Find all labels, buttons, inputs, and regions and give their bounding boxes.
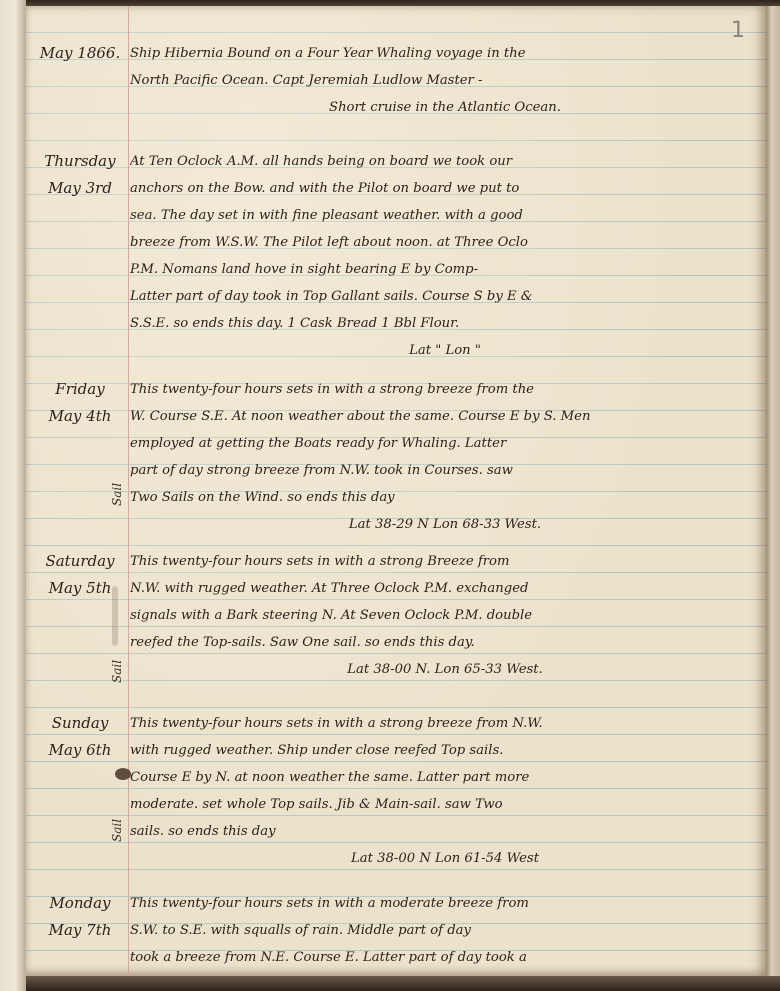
heading-date: May 1866. (32, 40, 128, 67)
sail-margin-note: Sail (110, 660, 124, 683)
entry-text: This twenty-four hours sets in with a st… (130, 376, 760, 538)
entry-line: reefed the Top-sails. Saw One sail. so e… (130, 629, 760, 656)
entry-line: part of day strong breeze from N.W. took… (130, 457, 760, 484)
margin-rule (128, 6, 129, 976)
heading-line: North Pacific Ocean. Capt Jeremiah Ludlo… (130, 67, 760, 94)
entry-date: Monday May 7th (32, 890, 128, 944)
entry-line: Course E by N. at noon weather the same.… (130, 764, 760, 791)
entry-line: anchors on the Bow. and with the Pilot o… (130, 175, 760, 202)
entry-line: sea. The day set in with fine pleasant w… (130, 202, 760, 229)
entry-day: Saturday (32, 548, 128, 575)
entry-line: sails. so ends this day (130, 818, 760, 845)
entry-day-date: May 6th (32, 737, 128, 764)
entry-day: Sunday (32, 710, 128, 737)
position-line: Lat 38-00 N. Lon 65-33 West. (130, 656, 760, 683)
logbook-page: 1 May 1866. Ship Hibernia Bound on a Fou… (26, 6, 766, 976)
entry-line: took a breeze from N.E. Course E. Latter… (130, 944, 760, 971)
entry-text: This twenty-four hours sets in with a st… (130, 710, 760, 872)
entry-day: Monday (32, 890, 128, 917)
entry-line: This twenty-four hours sets in with a st… (130, 710, 760, 737)
sail-margin-note: Sail (110, 483, 124, 506)
entry-date: Sunday May 6th (32, 710, 128, 764)
entry-line: N.W. with rugged weather. At Three Ocloc… (130, 575, 760, 602)
heading-line: Short cruise in the Atlantic Ocean. (130, 94, 760, 121)
entry-day-date: May 7th (32, 917, 128, 944)
ledger-book: 1 May 1866. Ship Hibernia Bound on a Fou… (0, 0, 780, 991)
entry-text: This twenty-four hours sets in with a st… (130, 548, 760, 683)
book-gutter (0, 0, 26, 991)
entry-line: employed at getting the Boats ready for … (130, 430, 760, 457)
entry-line: This twenty-four hours sets in with a mo… (130, 890, 760, 917)
water-stain (112, 586, 118, 646)
entry-line: breeze from W.S.W. The Pilot left about … (130, 229, 760, 256)
entry-line: moderate. set whole Top sails. Jib & Mai… (130, 791, 760, 818)
entry-line: Latter part of day took in Top Gallant s… (130, 283, 760, 310)
entry-day-date: May 3rd (32, 175, 128, 202)
position-line: Lat 38-29 N Lon 68-33 West. (130, 511, 760, 538)
heading-line: Ship Hibernia Bound on a Four Year Whali… (130, 40, 760, 67)
entry-line: S.S.E. so ends this day. 1 Cask Bread 1 … (130, 310, 760, 337)
entry-line: W. Course S.E. At noon weather about the… (130, 403, 760, 430)
entry-day-date: May 4th (32, 403, 128, 430)
book-bottom-edge (26, 976, 780, 991)
entry-line: At Ten Oclock A.M. all hands being on bo… (130, 148, 760, 175)
entry-line: Two Sails on the Wind. so ends this day (130, 484, 760, 511)
entry-line: with rugged weather. Ship under close re… (130, 737, 760, 764)
entry-line: P.M. Nomans land hove in sight bearing E… (130, 256, 760, 283)
entry-line: S.W. to S.E. with squalls of rain. Middl… (130, 917, 760, 944)
heading-text: Ship Hibernia Bound on a Four Year Whali… (130, 40, 760, 121)
ink-blot (115, 768, 131, 780)
entry-line: signals with a Bark steering N. At Seven… (130, 602, 760, 629)
entry-line: This twenty-four hours sets in with a st… (130, 376, 760, 403)
sail-margin-note: Sail (110, 819, 124, 842)
entry-text: At Ten Oclock A.M. all hands being on bo… (130, 148, 760, 364)
entry-day: Thursday (32, 148, 128, 175)
position-line: Lat " Lon " (130, 337, 760, 364)
entry-line: This twenty-four hours sets in with a st… (130, 548, 760, 575)
position-line: Lat 38-00 N Lon 61-54 West (130, 845, 760, 872)
entry-date: Thursday May 3rd (32, 148, 128, 202)
entry-date: Friday May 4th (32, 376, 128, 430)
page-edge-right (766, 6, 780, 991)
entry-text: This twenty-four hours sets in with a mo… (130, 890, 760, 971)
entry-day: Friday (32, 376, 128, 403)
